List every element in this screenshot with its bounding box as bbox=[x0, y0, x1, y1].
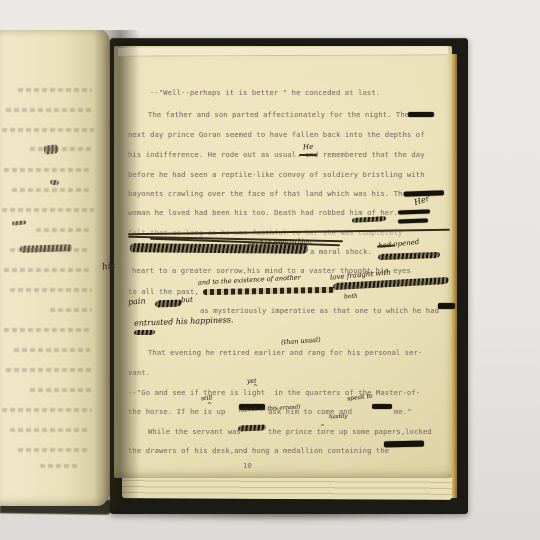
handwritten-note: ^ bbox=[207, 402, 212, 409]
handwritten-note: his bbox=[101, 261, 116, 273]
manuscript-photo: --"Well--perhaps it is better " he conce… bbox=[0, 0, 540, 540]
handwritten-note: both bbox=[344, 293, 358, 301]
handwritten-note: had opened bbox=[378, 238, 420, 250]
handwritten-note: ^ bbox=[320, 424, 325, 431]
handwritten-note: (about on this errand) bbox=[239, 404, 301, 413]
handwritten-note: speak to bbox=[347, 393, 373, 403]
handwritten-note: love fraught with bbox=[330, 268, 391, 281]
handwritten-note: and to the existence of another bbox=[198, 273, 301, 286]
handwritten-annotations-layer: HeHerher had been to him.had openedhisan… bbox=[0, 0, 540, 540]
handwritten-note: He bbox=[303, 143, 314, 152]
handwritten-note: pain bbox=[128, 296, 146, 306]
handwritten-note: hastily bbox=[329, 414, 348, 421]
handwritten-note: entrusted his happiness. bbox=[134, 315, 234, 327]
handwritten-note: her had been to him. bbox=[248, 237, 312, 247]
handwritten-note: Her bbox=[413, 194, 431, 207]
handwritten-note: (than usual) bbox=[281, 336, 321, 347]
handwritten-note: ^ bbox=[253, 384, 258, 391]
handwritten-note: but bbox=[181, 296, 193, 305]
